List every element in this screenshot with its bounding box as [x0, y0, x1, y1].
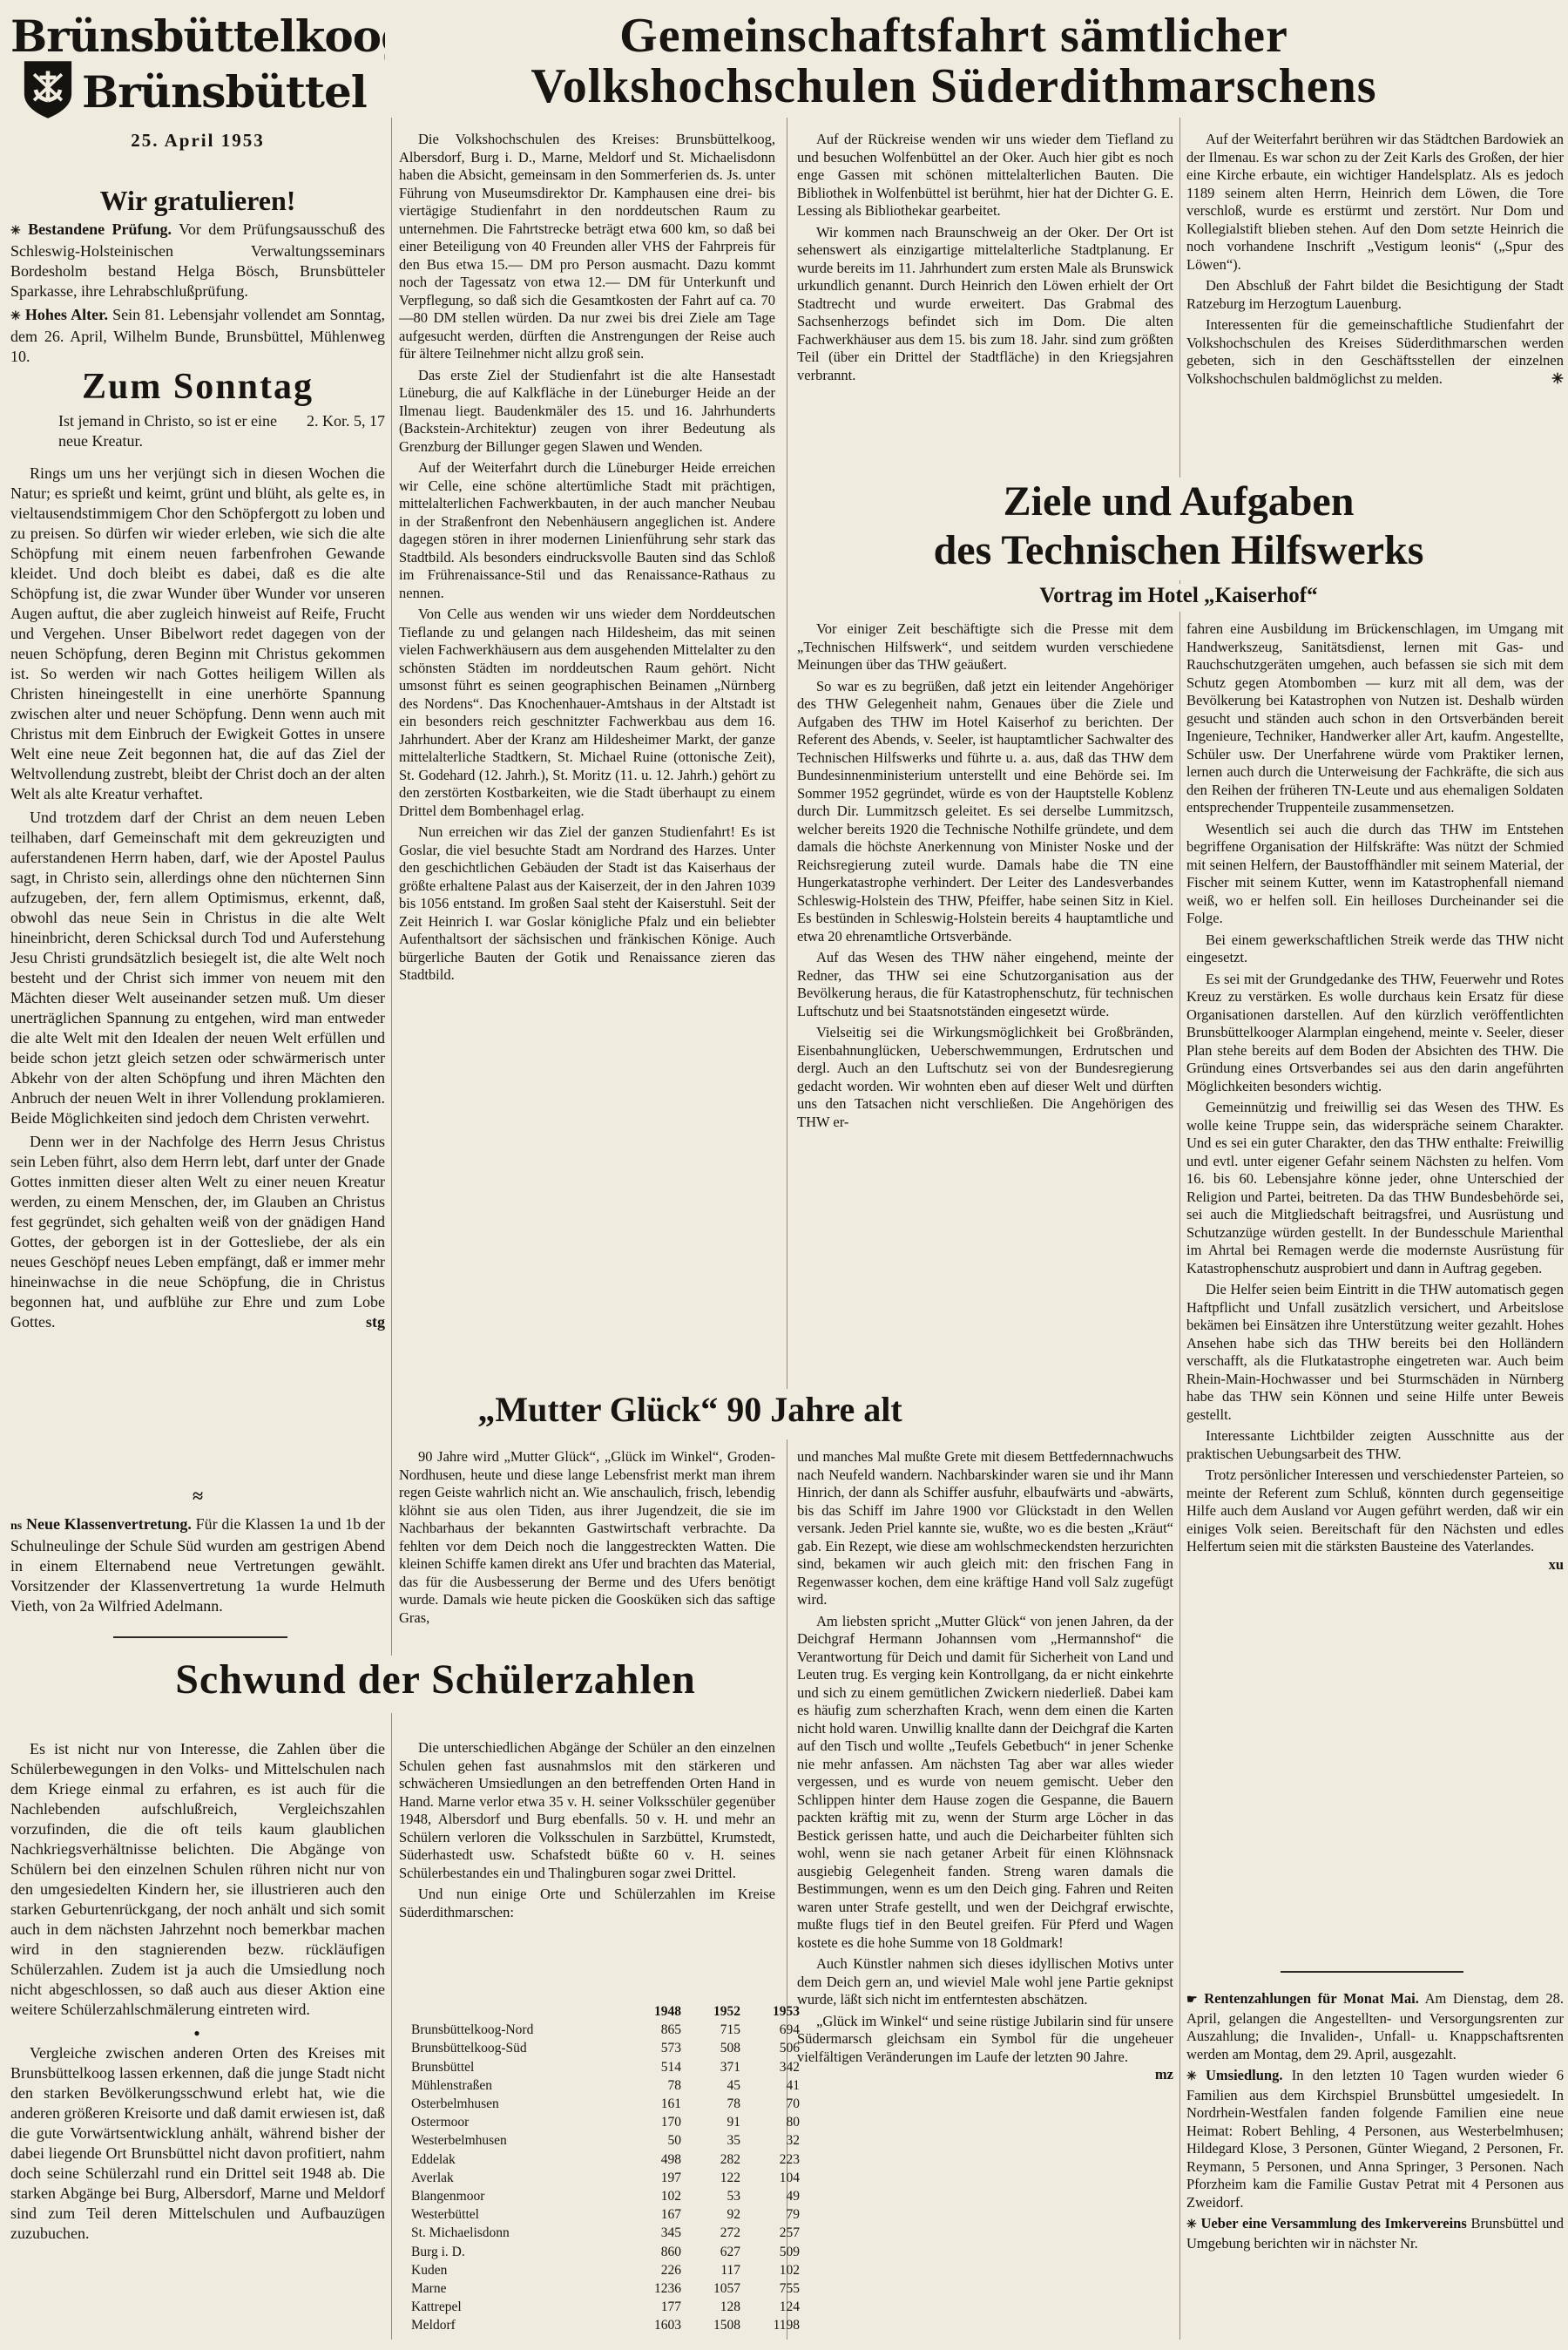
main-headline-line1: Gemeinschaftsfahrt sämtlicher [344, 10, 1564, 61]
thw-column4: fahren eine Ausbildung im Brückenschlage… [1186, 620, 1564, 1957]
schwund-column2: Die unterschiedlichen Abgänge der Schüle… [399, 1739, 775, 1997]
paragraph: Bei einem gewerkschaftlichen Streik werd… [1186, 931, 1564, 967]
item-lead: Hohes Alter. [25, 306, 108, 323]
author-initials: mz [1125, 2066, 1173, 2084]
count-cell: 865 [624, 2021, 683, 2039]
item-lead: Bestandene Prüfung. [28, 220, 172, 238]
table-row: Brunsbüttel514371342 [409, 2058, 801, 2076]
paragraph: So war es zu begrüßen, daß jetzt ein lei… [797, 678, 1173, 946]
count-cell: 345 [624, 2224, 683, 2242]
main-headline-line2: Volkshochschulen Süderdithmarschens [344, 61, 1564, 112]
star-icon: ✳ [1186, 2218, 1197, 2231]
masthead: Brünsbüttelkoog Brünsbüttel 25. April 19… [10, 14, 385, 181]
paragraph: Die Volkshochschulen des Kreises: Brunsb… [399, 131, 775, 363]
table-row: Ostermoor1709180 [409, 2113, 801, 2131]
paragraph: Vergleiche zwischen anderen Orten des Kr… [10, 2043, 385, 2244]
count-cell: 79 [742, 2205, 801, 2224]
paragraph: Wir kommen nach Braunschweig an der Oker… [797, 224, 1173, 385]
table-row: Westerbelmhusen503532 [409, 2131, 801, 2150]
coat-of-arms-icon [23, 59, 73, 125]
table-row: Burg i. D.860627509 [409, 2243, 801, 2261]
paragraph: Und trotzdem darf der Christ an dem neue… [10, 808, 385, 1128]
count-cell: 32 [742, 2131, 801, 2150]
column-header-1953: 1953 [742, 2002, 801, 2021]
note-lead: Rentenzahlungen für Monat Mai. [1204, 1990, 1419, 2007]
paragraph: Die unterschiedlichen Abgänge der Schüle… [399, 1739, 775, 1882]
paragraph: und manches Mal mußte Grete mit diesem B… [797, 1448, 1173, 1609]
place-cell: Blangenmoor [409, 2187, 624, 2205]
count-cell: 117 [683, 2261, 742, 2279]
table-row: Marne12361057755 [409, 2279, 801, 2298]
paragraph: Denn wer in der Nachfolge des Herrn Jesu… [10, 1132, 385, 1332]
place-cell: Brunsbüttelkoog-Nord [409, 2021, 624, 2039]
note-lead: Ueber eine Versammlung des Imkervereins [1200, 2215, 1466, 2231]
note-paragraph: ns Neue Klassenvertretung. Für die Klass… [10, 1514, 385, 1616]
table-row: Brunsbüttelkoog-Nord865715694 [409, 2021, 801, 2039]
place-cell: Meldorf [409, 2316, 624, 2334]
paragraph: Am liebsten spricht „Mutter Glück“ von j… [797, 1613, 1173, 1953]
fahrt-column4: Auf der Weiterfahrt berühren wir das Stä… [1186, 131, 1564, 544]
place-cell: Eddelak [409, 2150, 624, 2169]
table-row: Westerbüttel1679279 [409, 2205, 801, 2224]
count-cell: 498 [624, 2150, 683, 2169]
count-cell: 223 [742, 2150, 801, 2169]
school-table-block: 1948 1952 1953 Brunsbüttelkoog-Nord86571… [409, 2002, 801, 2346]
table-header-row: 1948 1952 1953 [409, 2002, 801, 2021]
count-cell: 627 [683, 2243, 742, 2261]
paragraph: Nun erreichen wir das Ziel der ganzen St… [399, 823, 775, 985]
count-cell: 282 [683, 2150, 742, 2169]
table-row: Kuden226117102 [409, 2261, 801, 2279]
note-lead: Umsiedlung. [1206, 2067, 1282, 2083]
thw-column3: Vor einiger Zeit beschäftigte sich die P… [797, 620, 1173, 1382]
count-cell: 170 [624, 2113, 683, 2131]
paragraph: Rings um uns her verjüngt sich in diesen… [10, 464, 385, 804]
paragraph-text: Trotz persönlicher Interessen und versch… [1186, 1466, 1564, 1554]
author-initials: xu [1519, 1556, 1564, 1575]
table-row: Kattrepel177128124 [409, 2298, 801, 2316]
paragraph-text: Interessenten für die gemeinschaftliche … [1186, 316, 1564, 387]
table-row: Averlak197122104 [409, 2169, 801, 2187]
count-cell: 102 [624, 2187, 683, 2205]
star-icon: ✳ [10, 310, 21, 323]
masthead-title-line2: Brünsbüttel [82, 70, 367, 115]
count-cell: 41 [742, 2076, 801, 2095]
paragraph: Auch Künstler nahmen sich dieses idyllis… [797, 1955, 1173, 2009]
zum-sonntag-heading-text: Zum Sonntag [82, 367, 314, 407]
zum-sonntag-verse: 2. Kor. 5, 17 Ist jemand in Christo, so … [10, 411, 385, 458]
place-cell: Westerbüttel [409, 2205, 624, 2224]
count-cell: 257 [742, 2224, 801, 2242]
table-row: Eddelak498282223 [409, 2150, 801, 2169]
gratulieren-items: ✳ Bestandene Prüfung. Vor dem Prüfungsau… [10, 220, 385, 366]
thw-subheading-text: Vortrag im Hotel „Kaiserhof“ [1039, 584, 1317, 607]
note-paragraph: ☛ Rentenzahlungen für Monat Mai. Am Dien… [1186, 1990, 1564, 2063]
verse-reference: 2. Kor. 5, 17 [307, 411, 385, 431]
newspaper-page: Gemeinschaftsfahrt sämtlicher Volkshochs… [0, 0, 1568, 2350]
column-rule-1 [391, 118, 392, 2340]
count-cell: 342 [742, 2058, 801, 2076]
end-rule [113, 1636, 287, 1638]
mutter-glueck-column3: und manches Mal mußte Grete mit diesem B… [797, 1448, 1173, 2344]
table-row: Osterbelmhusen1617870 [409, 2095, 801, 2113]
table-row: Mühlenstraßen784541 [409, 2076, 801, 2095]
place-cell: St. Michaelisdonn [409, 2224, 624, 2242]
count-cell: 128 [683, 2298, 742, 2316]
count-cell: 506 [742, 2039, 801, 2057]
mutter-glueck-heading: „Mutter Glück“ 90 Jahre alt [402, 1389, 977, 1439]
paragraph: Gemeinnützig und freiwillig sei das Wese… [1186, 1099, 1564, 1277]
end-star-icon: ✳ [1522, 370, 1564, 389]
count-cell: 91 [683, 2113, 742, 2131]
count-cell: 78 [624, 2076, 683, 2095]
paragraph: Interessante Lichtbilder zeigten Ausschn… [1186, 1427, 1564, 1463]
count-cell: 1236 [624, 2279, 683, 2298]
fahrt-column2: Die Volkshochschulen des Kreises: Brunsb… [399, 131, 775, 1378]
paragraph: fahren eine Ausbildung im Brückenschlage… [1186, 620, 1564, 817]
place-cell: Burg i. D. [409, 2243, 624, 2261]
correspondent-initials: ns [10, 1520, 22, 1533]
verse-quote: Ist jemand in Christo, so ist er eine ne… [58, 412, 277, 450]
paragraph: Auf der Rückreise wenden wir uns wieder … [797, 131, 1173, 220]
paragraph: Die Helfer seien beim Eintritt in die TH… [1186, 1281, 1564, 1424]
schwund-heading-text: Schwund der Schülerzahlen [175, 1656, 696, 1703]
paragraph: Trotz persönlicher Interessen und versch… [1186, 1466, 1564, 1556]
star-icon: ✳ [1186, 2070, 1197, 2083]
count-cell: 371 [683, 2058, 742, 2076]
zum-sonntag-heading: Zum Sonntag [10, 366, 385, 408]
count-cell: 167 [624, 2205, 683, 2224]
table-row: Brunsbüttelkoog-Süd573508506 [409, 2039, 801, 2057]
count-cell: 161 [624, 2095, 683, 2113]
section-divider: ≈ [10, 1485, 385, 1507]
fahrt-column3: Auf der Rückreise wenden wir uns wieder … [797, 131, 1173, 476]
count-cell: 177 [624, 2298, 683, 2316]
count-cell: 226 [624, 2261, 683, 2279]
table-intro: Und nun einige Orte und Schülerzahlen im… [399, 1886, 775, 1921]
note-paragraph: ✳ Ueber eine Versammlung des Imkerverein… [1186, 2215, 1564, 2252]
paragraph: Interessenten für die gemeinschaftliche … [1186, 316, 1564, 388]
column-header-1948: 1948 [624, 2002, 683, 2021]
paragraph-text: „Glück im Winkel“ und seine rüstige Jubi… [797, 2013, 1173, 2065]
mutter-glueck-column2: 90 Jahre wird „Mutter Glück“, „Glück im … [399, 1448, 775, 1652]
paragraph: Vor einiger Zeit beschäftigte sich die P… [797, 620, 1173, 674]
paragraph: Auf das Wesen des THW näher eingehend, m… [797, 949, 1173, 1020]
paragraph: Auf der Weiterfahrt durch die Lüneburger… [399, 459, 775, 602]
count-cell: 755 [742, 2279, 801, 2298]
main-headline: Gemeinschaftsfahrt sämtlicher Volkshochs… [344, 10, 1564, 115]
place-cell: Marne [409, 2279, 624, 2298]
count-cell: 70 [742, 2095, 801, 2113]
count-cell: 50 [624, 2131, 683, 2150]
place-cell: Osterbelmhusen [409, 2095, 624, 2113]
column-header-place [409, 2002, 624, 2021]
paragraph: Wesentlich sei auch die durch das THW im… [1186, 821, 1564, 928]
school-table-body: Brunsbüttelkoog-Nord865715694Brunsbüttel… [409, 2021, 801, 2334]
count-cell: 573 [624, 2039, 683, 2057]
count-cell: 102 [742, 2261, 801, 2279]
gratulieren-item: ✳ Bestandene Prüfung. Vor dem Prüfungsau… [10, 220, 385, 301]
count-cell: 694 [742, 2021, 801, 2039]
count-cell: 1198 [742, 2316, 801, 2334]
count-cell: 45 [683, 2076, 742, 2095]
paragraph: Es ist nicht nur von Interesse, die Zahl… [10, 1739, 385, 2020]
place-cell: Brunsbüttel [409, 2058, 624, 2076]
thw-subheading: Vortrag im Hotel „Kaiserhof“ [791, 584, 1566, 612]
gratulieren-heading-text: Wir gratulieren! [100, 185, 296, 216]
count-cell: 124 [742, 2298, 801, 2316]
paragraph-text: Denn wer in der Nachfolge des Herrn Jesu… [10, 1133, 385, 1331]
table-row: Blangenmoor1025349 [409, 2187, 801, 2205]
count-cell: 1508 [683, 2316, 742, 2334]
count-cell: 49 [742, 2187, 801, 2205]
count-cell: 78 [683, 2095, 742, 2113]
pointing-hand-icon: ☛ [1186, 1994, 1198, 2007]
verse-text: 2. Kor. 5, 17 Ist jemand in Christo, so … [10, 411, 385, 451]
gratulieren-heading: Wir gratulieren! [10, 185, 385, 216]
paragraph: Auf der Weiterfahrt berühren wir das Stä… [1186, 131, 1564, 274]
notes-rule [1281, 1971, 1463, 1973]
table-row: Meldorf160315081198 [409, 2316, 801, 2334]
column-header-1952: 1952 [683, 2002, 742, 2021]
count-cell: 35 [683, 2131, 742, 2150]
schwund-column1: Es ist nicht nur von Interesse, die Zahl… [10, 1739, 385, 2346]
zum-sonntag-body: Rings um uns her verjüngt sich in diesen… [10, 464, 385, 1481]
paragraph: „Glück im Winkel“ und seine rüstige Jubi… [797, 2013, 1173, 2067]
dot-divider-icon: ● [10, 2023, 385, 2043]
place-cell: Kattrepel [409, 2298, 624, 2316]
count-cell: 80 [742, 2113, 801, 2131]
paragraph: Es sei mit der Grundgedanke des THW, Feu… [1186, 971, 1564, 1096]
place-cell: Kuden [409, 2261, 624, 2279]
note-paragraph: ✳ Umsiedlung. In den letzten 10 Tagen wu… [1186, 2067, 1564, 2211]
note-text: In den letzten 10 Tagen wurden wieder 6 … [1186, 2067, 1564, 2211]
star-icon: ✳ [10, 225, 21, 238]
masthead-title-line1: Brünsbüttelkoog [10, 14, 385, 59]
place-cell: Mühlenstraßen [409, 2076, 624, 2095]
paragraph: Das erste Ziel der Studienfahrt ist die … [399, 367, 775, 457]
count-cell: 509 [742, 2243, 801, 2261]
count-cell: 508 [683, 2039, 742, 2057]
count-cell: 860 [624, 2243, 683, 2261]
gratulieren-item: ✳ Hohes Alter. Sein 81. Lebensjahr volle… [10, 305, 385, 366]
masthead-date: 25. April 1953 [10, 130, 385, 152]
squiggle-divider-icon: ≈ [193, 1485, 203, 1507]
place-cell: Ostermoor [409, 2113, 624, 2131]
paragraph: Den Abschluß der Fahrt bildet die Besich… [1186, 277, 1564, 313]
count-cell: 104 [742, 2169, 801, 2187]
column-rule-3 [1179, 118, 1180, 2340]
place-cell: Westerbelmhusen [409, 2131, 624, 2150]
count-cell: 92 [683, 2205, 742, 2224]
schwund-heading: Schwund der Schülerzahlen [122, 1656, 749, 1713]
count-cell: 1603 [624, 2316, 683, 2334]
school-numbers-table: 1948 1952 1953 Brunsbüttelkoog-Nord86571… [409, 2002, 801, 2335]
author-initials: stg [336, 1312, 385, 1332]
paragraph: 90 Jahre wird „Mutter Glück“, „Glück im … [399, 1448, 775, 1627]
mutter-glueck-heading-text: „Mutter Glück“ 90 Jahre alt [477, 1390, 902, 1429]
count-cell: 197 [624, 2169, 683, 2187]
count-cell: 1057 [683, 2279, 742, 2298]
count-cell: 53 [683, 2187, 742, 2205]
note-lead: Neue Klassenvertretung. [26, 1515, 192, 1533]
place-cell: Averlak [409, 2169, 624, 2187]
paragraph: Von Celle aus wenden wir uns wieder dem … [399, 606, 775, 820]
place-cell: Brunsbüttelkoog-Süd [409, 2039, 624, 2057]
klassenvertretung-note: ns Neue Klassenvertretung. Für die Klass… [10, 1514, 385, 1626]
count-cell: 514 [624, 2058, 683, 2076]
count-cell: 715 [683, 2021, 742, 2039]
count-cell: 122 [683, 2169, 742, 2187]
table-row: St. Michaelisdonn345272257 [409, 2224, 801, 2242]
paragraph: Vielseitig sei die Wirkungsmöglichkeit b… [797, 1024, 1173, 1131]
local-notes: ☛ Rentenzahlungen für Monat Mai. Am Dien… [1186, 1990, 1564, 2346]
count-cell: 272 [683, 2224, 742, 2242]
